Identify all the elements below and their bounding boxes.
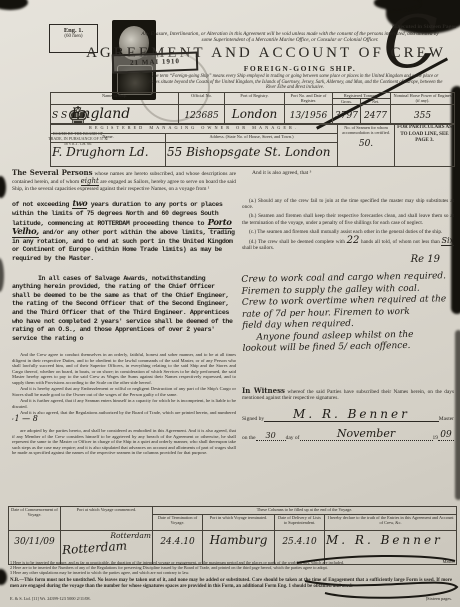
foreign-going-definition: The term “Foreign-going Ship” means ever…: [146, 74, 444, 91]
col-port-no-date: Port No. and Date of Register.: [285, 93, 333, 105]
horse-power: 355: [414, 111, 431, 121]
year-value: 09: [438, 430, 454, 441]
clause-d: (d.) The crew shall be deemed complete w…: [242, 238, 454, 251]
ship-prefix: S S: [52, 111, 67, 121]
declaration-text: I hereby declare to the truth of the Ent…: [325, 515, 457, 531]
stipulation-line: lookout will be fined 5/ each offence.: [243, 341, 455, 356]
ink-blot-bottom-left: [0, 569, 7, 585]
witness-section: In Witness whereof the said Parties have…: [242, 388, 454, 441]
typed-para1b: and/or any other port within the above l…: [12, 229, 235, 262]
ink-strip-right-lower: [455, 330, 460, 500]
clause-b: (b.) Seamen and firemen shall keep their…: [242, 213, 454, 225]
footnotes-block: 1 Here is to be inserted the nature, and…: [10, 560, 452, 590]
erasure-notice: Any Erasure, Interlineation, or Alterati…: [138, 31, 442, 44]
witness-lead: In Witness: [242, 386, 285, 395]
ink-blot-top-left: [0, 0, 28, 10]
master-signature: M. R. Benner: [264, 408, 439, 422]
several-persons-paragraph: The Several Persons whose names are here…: [12, 170, 236, 192]
typed-lead: of not exceeding: [12, 201, 69, 208]
signed-date-row: on the 30 day of November 19 09: [242, 427, 454, 441]
loadline-note: FOR PARTICULARS AS TO LOAD LINE, SEE PAG…: [395, 125, 455, 167]
salvage-awards-paragraph: In all cases of Salvage Awards, notwiths…: [12, 275, 236, 344]
col-port-of-registry: Port of Registry.: [225, 93, 285, 105]
owner-section-header: REGISTERED MANAGING OWNER OR MANAGER.: [51, 125, 338, 134]
fine-print-4: And it is also agreed, that the Regulati…: [12, 410, 236, 422]
footnote-3: 3 Here any other stipulations may be ins…: [10, 570, 452, 575]
owner-name-label: Name.: [51, 134, 166, 143]
duration-value: two: [72, 198, 87, 209]
nb-note: N.B.—This form must not be unstitched. N…: [10, 578, 452, 590]
several-persons-lead: The Several Persons: [12, 168, 93, 177]
owner-table: REGISTERED MANAGING OWNER OR MANAGER. No…: [50, 124, 455, 167]
col-commence-port: Port at which Voyage commenced.: [61, 507, 153, 531]
net-tonnage: 2477: [364, 111, 387, 121]
fine-print-5: are adopted by the parties hereto, and s…: [12, 428, 236, 456]
month-value: November: [300, 427, 433, 441]
agreement-right-column: And it is also agreed, that ³ (a.) Shoul…: [242, 170, 454, 441]
termination-date-value: 24.4.10: [160, 537, 194, 547]
fine-print-2: And it is hereby agreed that any Embezzl…: [12, 386, 236, 397]
port-of-registry: London: [232, 107, 278, 121]
owner-address: 55 Bishopsgate St. London: [167, 145, 331, 159]
col-delivery-date: Date of Delivery of Lists to Superintend…: [275, 515, 325, 531]
master-label: Master: [439, 416, 454, 422]
hands-count: 22: [347, 235, 360, 246]
document-page: C Eng. 1. (60 men) ♚ Issued by the Board…: [0, 0, 460, 607]
date-stamp: 21 MAI 1910: [112, 52, 199, 74]
crew-conduct-fine-print: And the Crew agree to conduct themselves…: [12, 352, 236, 456]
imprint-row: E. & S. Ltd. [11] Wt. 24399-123 5000 2/1…: [10, 596, 452, 601]
also-agreed-lead: And it is also agreed, that ³: [242, 170, 454, 176]
ship-name-cell: S S England: [51, 105, 179, 124]
witness-paragraph: In Witness whereof the said Parties have…: [242, 388, 454, 402]
day-of-label: day of: [286, 435, 300, 441]
initials-mark: Re 19: [242, 254, 454, 265]
termination-port-value: Hamburg: [210, 533, 268, 547]
official-no: 123685: [184, 111, 218, 121]
owner-name: F. Drughorn Ld.: [52, 145, 149, 159]
sailors-count: eight: [81, 177, 99, 186]
ink-blot-left-edge-2: [0, 258, 4, 292]
sailors-minimum: Six: [441, 236, 454, 246]
ship-name: England: [71, 106, 130, 122]
pages-note: [Sixteen pages.: [426, 596, 452, 601]
executed-note: [Executed in Sixteen Pages: [352, 24, 456, 30]
signed-by-label: Signed by: [242, 416, 264, 422]
ship-particulars-table: Name of Ship. Official No. Port of Regis…: [50, 92, 455, 124]
voyage-terms-paragraph: of not exceeding two years duration to a…: [12, 199, 236, 263]
clauses-block: (a.) Should any of the crew fail to join…: [242, 198, 454, 251]
col-official-no: Official No.: [179, 93, 225, 105]
seamen-label: No. of Seamen for whom accommodation is …: [339, 125, 393, 135]
commence-date-value: 30/11/09: [14, 537, 54, 547]
handwritten-stipulations: Crew to work coal and cargo when require…: [241, 272, 454, 356]
col-end-of-voyage-span: These Columns to be filled up at the end…: [153, 507, 457, 515]
owner-address-label: Address. (State No. of House, Street, an…: [166, 134, 338, 143]
fine-print-1: And the Crew agree to conduct themselves…: [12, 352, 236, 385]
on-the-label: on the: [242, 435, 256, 441]
gross-tonnage: 3797: [335, 111, 358, 121]
agreement-left-column: The Several Persons whose names are here…: [12, 170, 236, 457]
col-termination-port: Port in which Voyage terminated.: [203, 515, 275, 531]
day-value: 30: [256, 431, 286, 441]
form-code: Eng. 1.: [50, 27, 97, 34]
col-termination-date: Date of Termination of Voyage.: [153, 515, 203, 531]
col-name-of-ship: Name of Ship.: [51, 93, 179, 105]
port-no-date: 13/1956: [290, 111, 327, 121]
seamen-value: 50.: [339, 139, 393, 150]
document-subtitle: FOREIGN-GOING SHIP.: [200, 64, 400, 73]
signed-by-row: Signed by M. R. Benner Master: [242, 408, 454, 422]
seamen-accommodation-cell: No. of Seamen for whom accommodation is …: [338, 125, 395, 167]
clause-a: (a.) Should any of the crew fail to join…: [242, 198, 454, 210]
fine-print-3: And it is further agreed, that if any Se…: [12, 398, 236, 409]
form-men: (60 men): [50, 34, 97, 39]
printer-imprint: E. & S. Ltd. [11] Wt. 24399-123 5000 2/1…: [10, 596, 91, 601]
ink-blot-left-edge: [0, 176, 6, 198]
col-commence-date: Date of Commencement of Voyage.: [9, 507, 61, 531]
col-horse-power: Nominal Horse Power of Engines (if any).: [391, 93, 455, 105]
regulations-numbers: 1 — 8: [15, 414, 38, 423]
